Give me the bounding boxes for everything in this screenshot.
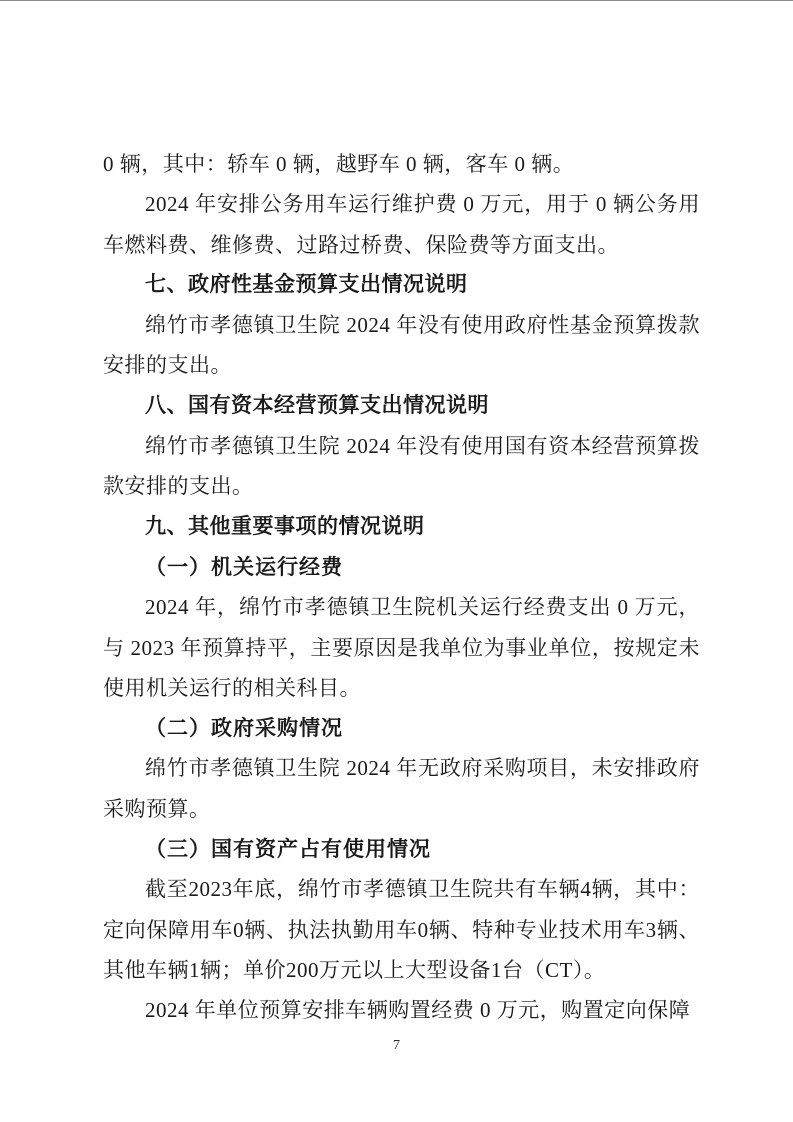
document-page: 0 辆，其中：轿车 0 辆，越野车 0 辆，客车 0 辆。2024 年安排公务用… — [0, 0, 793, 1122]
page-number: 7 — [0, 1037, 793, 1055]
paragraph: 绵竹市孝德镇卫生院 2024 年没有使用政府性基金预算拨款安排的支出。 — [103, 305, 700, 386]
paragraph: 绵竹市孝德镇卫生院 2024 年没有使用国有资本经营预算拨款安排的支出。 — [103, 426, 700, 507]
document-content: 0 辆，其中：轿车 0 辆，越野车 0 辆，客车 0 辆。2024 年安排公务用… — [103, 144, 700, 1031]
paragraph: 2024 年单位预算安排车辆购置经费 0 万元，购置定向保障 — [103, 990, 700, 1030]
paragraph: 截至2023年底，绵竹市孝德镇卫生院共有车辆4辆，其中：定向保障用车0辆、执法执… — [103, 869, 700, 990]
section-heading: 七、政府性基金预算支出情况说明 — [103, 265, 700, 305]
section-heading: 八、国有资本经营预算支出情况说明 — [103, 386, 700, 426]
section-heading: （二）政府采购情况 — [103, 708, 700, 748]
paragraph: 绵竹市孝德镇卫生院 2024 年无政府采购项目，未安排政府采购预算。 — [103, 748, 700, 829]
section-heading: （三）国有资产占有使用情况 — [103, 829, 700, 869]
section-heading: （一）机关运行经费 — [103, 547, 700, 587]
paragraph: 2024 年安排公务用车运行维护费 0 万元，用于 0 辆公务用车燃料费、维修费… — [103, 184, 700, 265]
paragraph: 0 辆，其中：轿车 0 辆，越野车 0 辆，客车 0 辆。 — [103, 144, 700, 184]
paragraph: 2024 年，绵竹市孝德镇卫生院机关运行经费支出 0 万元，与 2023 年预算… — [103, 587, 700, 708]
section-heading: 九、其他重要事项的情况说明 — [103, 507, 700, 547]
